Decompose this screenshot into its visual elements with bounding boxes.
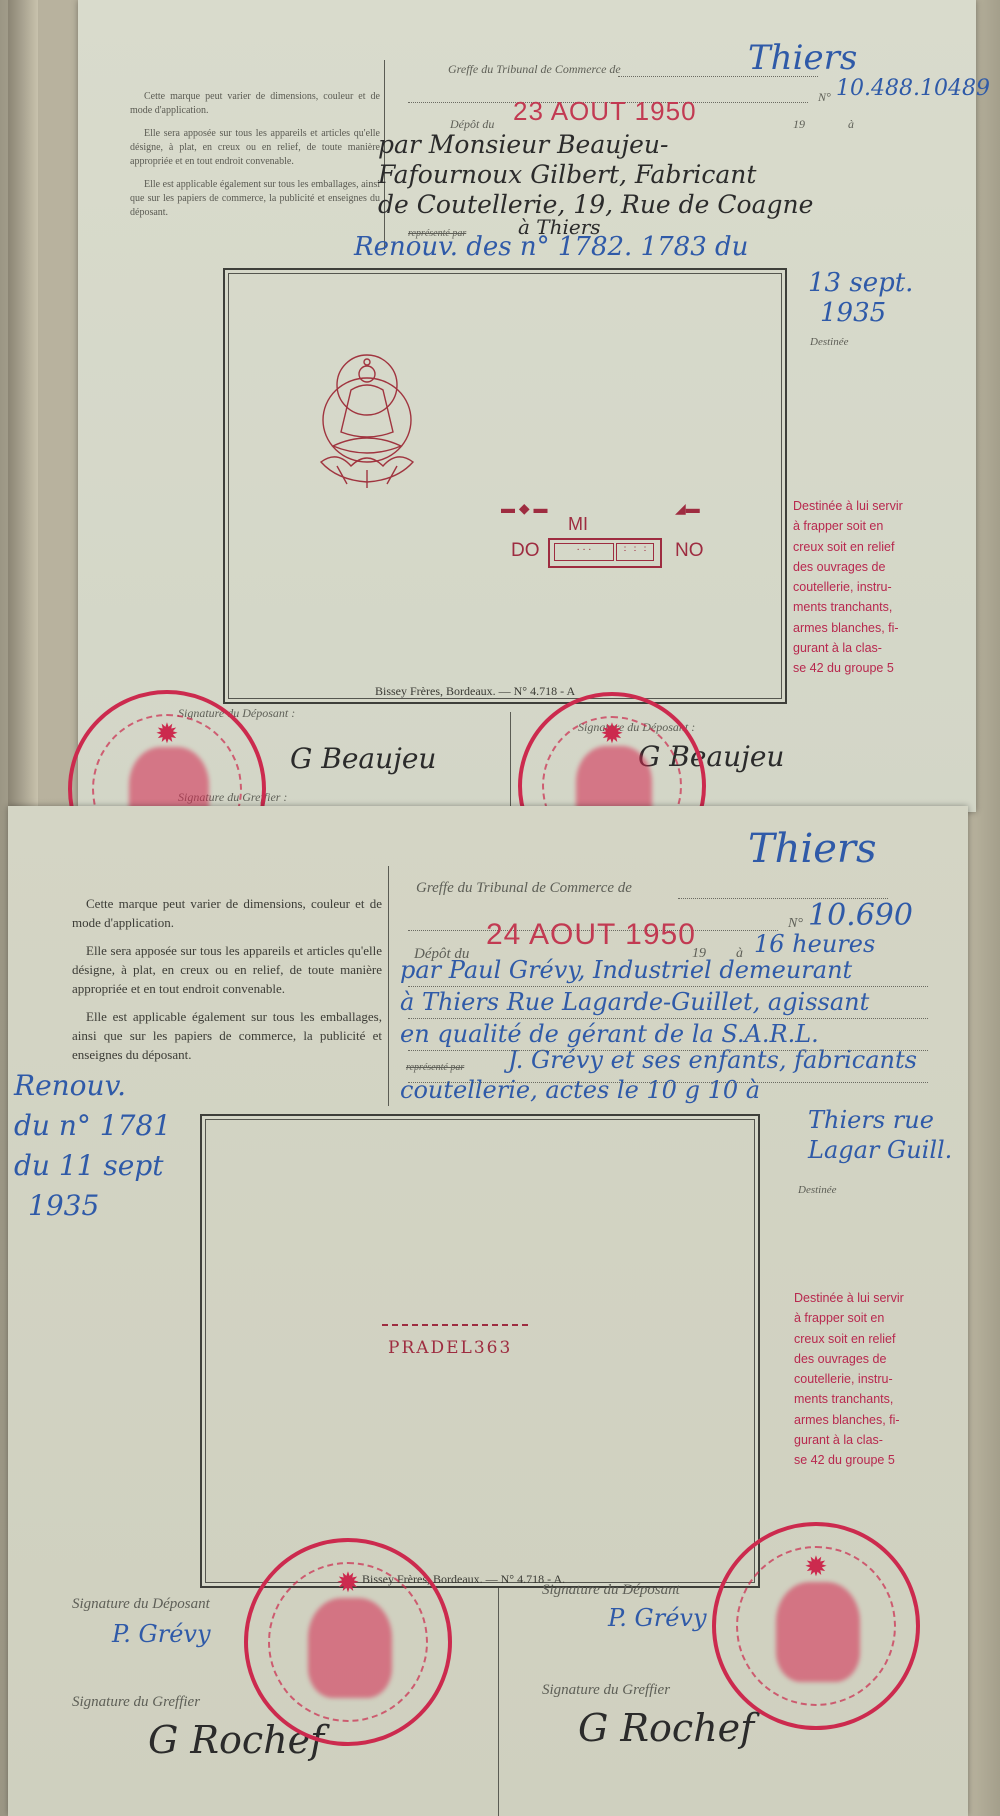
depot-date-stamp: 24 AOUT 1950 [486,918,696,952]
signature-greffier-label: Signature du Greffier [542,1682,670,1699]
margin-note-line: du n° 1781 [14,1106,164,1146]
instructions-text: Cette marque peut varier de dimensions, … [130,90,380,229]
purpose-line: armes blanches, fi- [794,1410,944,1430]
margin-renewal-note: Renouv. du n° 1781 du 11 sept 1935 [14,1066,164,1226]
court-seal: ✹ [712,1522,920,1730]
depot-date-stamp: 23 AOUT 1950 [513,96,697,127]
signature-deposant-label: Signature du Déposant [72,1596,210,1613]
signature-deposant: P. Grévy [608,1604,707,1632]
handwritten-line: par Monsieur Beaujeu- [378,130,668,159]
purpose-line: à frapper soit en [794,1308,944,1328]
purpose-line: à frapper soit en [793,516,943,536]
printer-imprint: Bissey Frères, Bordeaux. — N° 4.718 - A [375,684,575,699]
purpose-line: Destinée à lui servir [793,496,943,516]
handwritten-line: à Thiers Rue Lagarde-Guillet, agissant [400,988,869,1016]
purpose-line: ments tranchants, [794,1389,944,1409]
handwritten-line: en qualité de gérant de la S.A.R.L. [400,1020,819,1048]
margin-note-line: 1935 [14,1186,164,1226]
mark-frame: ▬ ◆ ▬ ◢▬ MI DO · · · ⋮⋮⋮ NO Bissey Frère… [223,268,787,704]
greffe-label: Greffe du Tribunal de Commerce de [416,880,632,897]
mark-text: PRADEL363 [388,1338,512,1358]
mark-text-left: DO [511,540,540,562]
purpose-line: des ouvrages de [794,1349,944,1369]
registration-number: 10.690 [808,898,913,933]
renewal-note: 13 sept. [808,268,913,298]
purpose-line: coutellerie, instru- [793,577,943,597]
mark-text-right: NO [675,540,704,562]
field-line [408,1082,928,1083]
field-line [408,986,928,987]
purpose-line: gurant à la clas- [793,638,943,658]
court-seal: ✹ [244,1538,452,1746]
handwritten-line: par Paul Grévy, Industriel demeurant [400,956,852,984]
greffe-label: Greffe du Tribunal de Commerce de [448,62,621,77]
purpose-line: se 42 du groupe 5 [793,658,943,678]
purpose-line: coutellerie, instru- [794,1369,944,1389]
signature-divider [498,1588,499,1816]
domino-icon: · · · ⋮⋮⋮ [548,538,662,568]
purpose-line: creux soit en relief [794,1329,944,1349]
signature-deposant-label: Signature du Déposant [542,1582,680,1599]
instruction-paragraph: Elle est applicable également sur tous l… [130,178,380,220]
purpose-line: se 42 du groupe 5 [794,1450,944,1470]
mark-text-top: MI [568,514,588,535]
handwritten-line: Fafournoux Gilbert, Fabricant [378,160,756,189]
registration-form-2: Cette marque peut varier de dimensions, … [8,806,968,1816]
numero-label: N° [818,90,831,105]
instruction-paragraph: Elle sera apposée sur tous les appareils… [130,127,380,169]
renewal-note: Renouv. des n° 1782. 1783 du [354,232,748,262]
handwritten-line: Thiers rue [808,1106,934,1134]
purpose-line: Destinée à lui servir [794,1288,944,1308]
destinee-label: Destinée [798,1184,836,1196]
mark-frame: PRADEL363 Bissey Frères, Bordeaux. — N° … [200,1114,760,1588]
signature-deposant: G Beaujeu [290,742,436,775]
handwritten-line: coutellerie, actes le 10 g 10 à [400,1076,760,1104]
purpose-text: Destinée à lui servir à frapper soit en … [793,496,943,678]
a-label: à [848,117,854,132]
renewal-note: 1935 [820,298,886,328]
instruction-paragraph: Elle est applicable également sur tous l… [72,1007,382,1064]
purpose-text: Destinée à lui servir à frapper soit en … [794,1288,944,1470]
signature-deposant: P. Grévy [112,1620,211,1648]
buddha-emblem-icon [307,350,427,490]
handwritten-line: Lagar Guill. [808,1136,952,1164]
purpose-line: gurant à la clas- [794,1430,944,1450]
mark-decoration-right: ◢▬ [675,500,700,517]
column-divider [388,866,389,1106]
greffe-city: Thiers [748,826,877,872]
purpose-line: ments tranchants, [793,597,943,617]
mark-underline [382,1324,528,1326]
instruction-paragraph: Elle sera apposée sur tous les appareils… [72,941,382,998]
instruction-paragraph: Cette marque peut varier de dimensions, … [72,894,382,932]
signature-greffier: G Rochef [578,1706,754,1750]
signature-greffier-label: Signature du Greffier [72,1694,200,1711]
year-prefix: 19 [793,117,805,132]
purpose-line: creux soit en relief [793,537,943,557]
signature-divider [510,712,511,812]
purpose-line: des ouvrages de [793,557,943,577]
destinee-label: Destinée [810,336,848,348]
margin-note-line: Renouv. [14,1066,164,1106]
represente-label: représenté par [406,1062,464,1073]
purpose-line: armes blanches, fi- [793,618,943,638]
margin-note-line: du 11 sept [14,1146,164,1186]
depot-time: 16 heures [754,930,875,958]
registration-number: 10.488.10489 [836,76,990,101]
field-line [408,1018,928,1019]
instruction-paragraph: Cette marque peut varier de dimensions, … [130,90,380,118]
instructions-text: Cette marque peut varier de dimensions, … [72,894,382,1073]
greffe-city: Thiers [748,38,857,78]
registration-form-1: Cette marque peut varier de dimensions, … [78,0,976,812]
field-line [408,1050,928,1051]
mark-decoration-left: ▬ ◆ ▬ [501,500,548,517]
